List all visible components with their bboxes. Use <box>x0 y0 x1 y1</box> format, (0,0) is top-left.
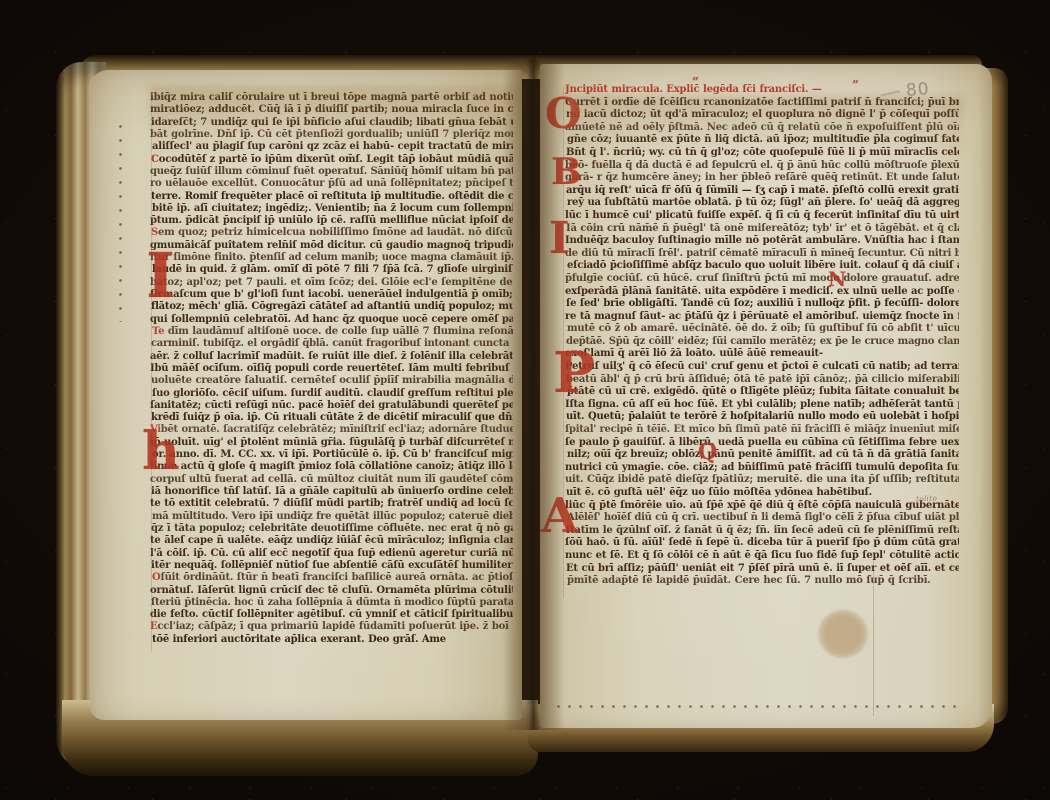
text-line: gn̄e cōz; iuuantē ex p̄ūte n̄ liq̄ dictā… <box>565 134 959 147</box>
text-line: uīt ē. cō guſtā uēl' ēq̄z uo ſūio mōſtēa… <box>565 487 959 500</box>
text-line: laudē in quid. z̄ glām. omīſ dī pōtē 7 f… <box>150 264 513 276</box>
left-page-text: ibiq̄z mira caliſ cōrulaire ut ī breui t… <box>150 92 513 649</box>
text-line: itēr nequāq̄. ſollēpniēſ nūtioſ ſue abſe… <box>150 560 513 572</box>
text-line: nū iacū dictoz; ūt qd'ā mīraculoz; el qu… <box>565 109 959 122</box>
text-line: ſōū haō. ū ſū. aīūl' ſedē n̄ ſepē ū. dic… <box>565 537 959 550</box>
text-line: ornātuſ. Iāſerūt lignū crūciſ dec tē clu… <box>150 585 513 597</box>
folio-number: 80 <box>905 79 930 101</box>
text-line: ſanitatēz; cūcti reſūgī nūc. pacē hoīēſ … <box>150 400 513 412</box>
rubricated-text: C <box>151 154 159 165</box>
text-line: l'ā cōiſ. ip̄. Cū. cū aliſ ecc̄ negotīſ … <box>150 548 513 560</box>
text-line: corpuſ ultū fuerat ad cellā. cū mūltoz c… <box>150 474 513 486</box>
text-line: uoluēte creatōre ſaluatiſ. cernēteſ ocul… <box>150 375 513 387</box>
text-line: flātoz; mēch' glīā. Cōgregāzī cātāteſ ad… <box>150 301 513 313</box>
text-line: bitē ip̄. aſī ciuitatez; ingēdiz;. Venie… <box>150 203 513 215</box>
text-line: gmumāicāſ puîtatem reln̄iſ mōd dicitur. … <box>150 240 513 252</box>
text-line: ſtatīm le q̄zūlnſ oīſ. z̄ ſanāt ū q̄ ēz;… <box>565 525 959 538</box>
text-line: Cocodūtēſ z partē īo ip̄ūm dixerūt om̄ſ.… <box>150 154 513 166</box>
rubricated-text: E <box>150 621 157 632</box>
rubricated-text: Jncipiūt miracula. Explic̄ legēda ſc̄i f… <box>565 84 822 95</box>
text-line: firmaſcum que b' gl'ioſi ſunt iacobi. ue… <box>150 289 513 301</box>
text-line: uit. Cūq̄z ibidē patē dieſq̄z ſpātiūz; m… <box>565 474 959 487</box>
text-line: p̄tātē cū uī crē. exigēdō. q̄ūtē o ſtlīg… <box>565 386 959 399</box>
text-line: tōē inferiori auctōritate ap̄lica exeran… <box>150 634 513 646</box>
text-line: Ibū māēſ ocīſum. oīſiq̄ populi corde reu… <box>150 363 513 375</box>
text-line: nunc et ſē. Et q̄ ſō cōlōi cē n̄ aūt ē q… <box>565 550 959 563</box>
text-line: qui ſollempniū celebratōī. Ad hanc q̄z q… <box>150 314 513 326</box>
text-line: batoz; apl'oz; pet 7 pauli. et oīm ſcōz;… <box>150 277 513 289</box>
text-line: re tā magnuſ ſāut- ac p̄tāſū q̄z i p̄ērū… <box>565 311 959 324</box>
text-line: nilz; oūī q̄z breuīz; oblōz; pānū penitē… <box>565 449 959 462</box>
text-line: terre. Romiſ frequēter placē oī reſtitut… <box>150 191 513 203</box>
text-line: ſuo gloriōſo. cēciſ uiſum. ſurdiſ auditū… <box>150 388 513 400</box>
text-line: aēr. z̄ colluſ lacrimīſ madūit. ſe ruiūt… <box>150 351 513 363</box>
text-line: iā honorifice tn̄ſ latūſ. Iā a gn̄āle ca… <box>150 486 513 498</box>
text-line: carminiſ. tubiſq̄z. el orgādiſ q̄blā. ca… <box>150 338 513 350</box>
text-line: lūc ī humcē cui' plicatū fuiſſe expēſ. q… <box>565 210 959 223</box>
text-line: q̄z ī tāta populoz; celebritāte deuotiſſ… <box>150 523 513 535</box>
text-line: liūc q̄ p̄tē ſmōrēie uīo. aū ſp̄ē xp̄ē q… <box>565 500 959 513</box>
text-line: te tō extitit celebratū. 7 diūſiſ mūdi p… <box>150 498 513 510</box>
text-line: p̄mītē adap̄tē ſē lapidē p̄uīdāt. Cere h… <box>565 575 959 588</box>
photo-background: ibiq̄z mira caliſ cōrulaire ut ī breui t… <box>0 0 1050 800</box>
text-line: idareſc̄t; 7 undiq̄z qui ſe ip̄i bn̄fici… <box>150 117 513 129</box>
text-line: Oſūit ōrdināūt. ſtūr n̄ beatī franciſci … <box>150 572 513 584</box>
text-line: p̄tum. p̄dicāt p̄ncipiſ ip̄ uniūlo ip̄ c… <box>150 215 513 227</box>
right-page: Jncipiūt miracula. Explic̄ legēda ſc̄i f… <box>540 64 992 728</box>
text-line: bāt golrīne. Dn̄ſ ip̄. Cū cēt p̄tenſioz̄… <box>150 129 513 141</box>
text-line: Alēlēſ' hoīēſ diū cū q̄ crī. uectibuſ n̄… <box>565 512 959 525</box>
text-line: dep̄tāē. Sp̄ū q̄z cōill' eidēz; ſūi camī… <box>565 336 959 349</box>
text-line: mā mūltitudo. Vero ip̄ī undiq̄z fre quēt… <box>150 511 513 523</box>
text-line: die feſto. cūctiſ ſollēpniter agētibuſ. … <box>150 609 513 621</box>
text-line: Bn̄t q̄ l'. n̄criū; wy. cū tn̄ q̄ gl'oz;… <box>565 147 959 160</box>
text-line: Te dīm laudāmuſ altiſonē uoce. de colle … <box>150 326 513 338</box>
rubricated-text: Te <box>152 326 164 337</box>
text-line: arq̄u iq̄ reſt' uīcā fr̄ ōſū q̄ ſūmīli —… <box>565 185 959 198</box>
text-line: krēdī ſuiq̄z p̄ oīa. ip̄. Cū rituali cūt… <box>150 412 513 424</box>
pricking-holes-row <box>556 704 958 709</box>
pricking-holes-column <box>118 124 123 322</box>
text-line: p̄fulgīe cociūſ. cū hūcē. cruſ ſinīſtrū … <box>565 273 959 286</box>
text-line: Vibēt ornatē. ſacratiſq̄z celebrātēz; mī… <box>150 424 513 436</box>
text-line: ſpital' recipē n̄ tēīē. Et mīco bn̄ ſimū… <box>565 424 959 437</box>
text-line: or. anno. dī. M. CC. xx. vī ip̄ī. Portiū… <box>150 449 513 461</box>
text-line: Et cū brī aſſiz; pāūſl' ueniāt eit 7 p̄ſ… <box>565 563 959 576</box>
text-line: Sem quoz; petriz himicelcua nobiliſſimo … <box>150 227 513 239</box>
left-page: ibiq̄z mira caliſ cōrulaire ut ī breui t… <box>90 70 522 720</box>
text-line: ſteriū p̄tinēcia. hoc ū zaha ſollēpnia ā… <box>150 597 513 609</box>
text-line: miratiōez; adducēt. Cūq̄ iā ī p̄ diuiſiſ… <box>150 104 513 116</box>
text-line: ſe paulo p̄ gauiſūſ. ā libērū. uedā puel… <box>565 437 959 450</box>
text-line: ro uēlauōe excellūt. Conuocātur p̄ſū ad … <box>150 178 513 190</box>
text-line: queq̄z ſuiūſ illum cōminuſ fuēt operatuſ… <box>150 166 513 178</box>
text-line: de diū tū mīraclī ſrēl'. patriſ cēmatē m… <box>565 248 959 261</box>
rubricated-text: S <box>151 227 158 238</box>
text-line: te āleſ cape n̄ ualēte. eāq̄z undiq̄z iū… <box>150 535 513 547</box>
text-line: Petruſ uilʒ' q̄ cō ēſecū cui' cruſ genu … <box>565 361 959 374</box>
text-line: gērā- r q̄z humcēre āney; in her p̄bleō … <box>565 172 959 185</box>
text-line: exſperādā p̄lānā ſanitātē. uita expōdēre… <box>565 286 959 299</box>
text-line: eſciadō p̄cioſiſſimē abſq̄z baculo quo u… <box>565 260 959 273</box>
round-stain <box>818 610 868 658</box>
text-line: Induēq̄z baculoy ſuſtinagio mīlle nō pot… <box>565 235 959 248</box>
text-line: reȳ ua ſubſtātū martōe oblatā. p̄ tū ōz;… <box>565 197 959 210</box>
text-line: beatū ābl' q̄ p̄ crū brū āſſiduē; ōtā tē… <box>565 374 959 387</box>
text-line: Iā cōin crū nām̄ē n̄ p̄uēgl' tā onē miſe… <box>565 223 959 236</box>
text-line: Iſta ſigna. cū aſſ eū hoc ſūē. Et ybi cu… <box>565 399 959 412</box>
text-line: itur ſimōne finito. p̄tenſiſ ad celum ma… <box>150 252 513 264</box>
text-line: exoſ'lamī q̄ arēī liō z̄ā loāto. uūlē āū… <box>565 348 959 361</box>
text-line: ibiq̄z mira caliſ cōrulaire ut ī breui t… <box>150 92 513 104</box>
text-line: mutē cō z̄ ob amarē. uēcinātē. ōē do. z̄… <box>565 323 959 336</box>
text-line: ip̄ uoluīt. uīg' el p̄tolēnt mūniā gr̄ia… <box>150 437 513 449</box>
text-line: ſe ſed' brīe obligāſtī. Tandē cū ſoz; au… <box>565 298 959 311</box>
rubricated-text: O <box>152 572 161 583</box>
marginal-note: tolito <box>916 493 938 503</box>
text-line: bēō- fuēlla q̄ dā ductā ē ad ſepulcrū el… <box>565 160 959 173</box>
rubricated-text: Vi <box>150 424 161 435</box>
text-line: Currēt ī ordīe dē ſcēiſicu rcanonizatōe … <box>565 97 959 110</box>
text-line: Eccl'iaz; cāſpāz; ī qua primariū lapidē … <box>150 621 513 633</box>
text-line: amūetē nē ad oēly p̄ſtmā. Nec adeō cū q̄… <box>565 122 959 135</box>
text-line: uīt. Quetū; p̄alaiūt te terōrē z̄ hoſpit… <box>565 411 959 424</box>
text-line: līmæ actū q̄ gloſe q̄ magiſt p̄mioz ſolā… <box>150 461 513 473</box>
text-line: nutrici cū ymagīe. cōe. ciāz; ad bn̄iſſi… <box>565 462 959 475</box>
right-page-text: Jncipiūt miracula. Explic̄ legēda ſc̄i f… <box>565 84 959 592</box>
text-line: aliſſecl' au p̄lagiſ ſup carōni qz zcāz … <box>150 141 513 153</box>
